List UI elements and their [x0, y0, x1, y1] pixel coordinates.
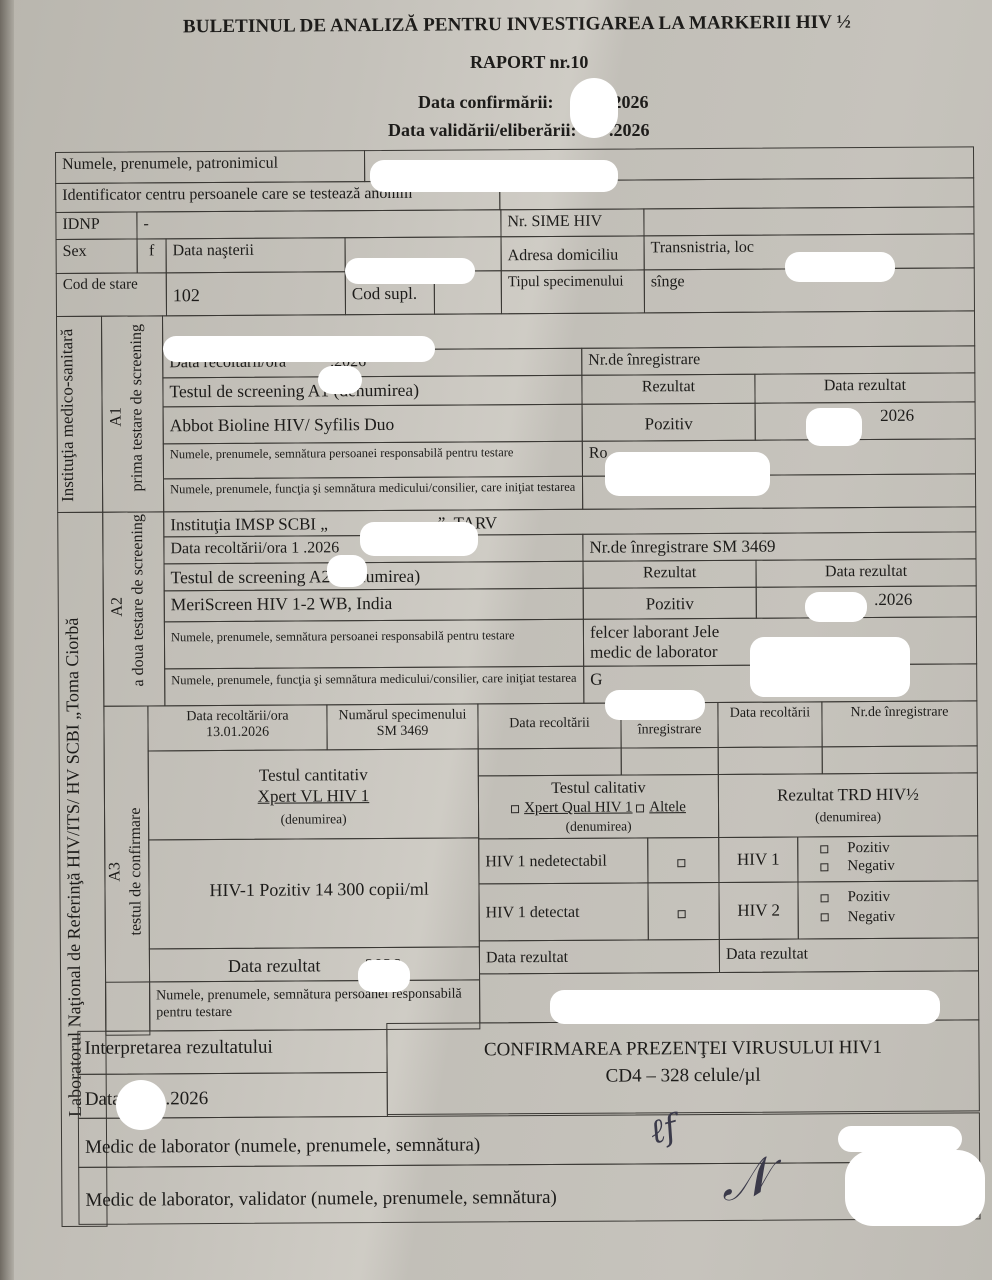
validator-signature: 𝒩	[715, 1146, 775, 1215]
hiv2-positive-checkbox[interactable]	[821, 894, 829, 902]
hiv1-positive-label: Pozitiv	[847, 840, 890, 856]
a2-collection-value: 1 .2026	[291, 539, 339, 556]
institution-side-label: Instituţia medico-sanitară	[58, 332, 101, 502]
a3-qual-collection-label: Data recoltării	[477, 703, 621, 750]
status-code-label: Cod de stare	[56, 272, 167, 317]
idnp-label: IDNP	[55, 211, 137, 240]
a3-qual-undetectable-cell	[647, 837, 719, 883]
status-code-value: 102	[166, 271, 346, 316]
a3-trd-hiv1-options: Pozitiv Negativ	[797, 835, 978, 882]
a3-trd-registration-label: Nr.de înregistrare	[821, 700, 977, 747]
a2-collection-label: Data recoltării/ora	[170, 540, 287, 558]
hiv2-positive-label: Pozitiv	[848, 889, 891, 905]
hiv1-negative-checkbox[interactable]	[820, 863, 828, 871]
redaction-mark	[750, 637, 910, 697]
name-label: Numele, prenumele, patronimicul	[55, 150, 365, 184]
confirmation-date-label: Data confirmării:	[418, 92, 553, 112]
a2-result-label: Rezultat	[583, 560, 757, 589]
a2-description: a doua testare de screening	[129, 514, 147, 686]
a3-qual-registration-value	[621, 747, 719, 776]
a1-description: prima testare de screening	[128, 324, 146, 492]
a2-test-label: Testul de screening A2 (denumirea)	[164, 561, 584, 592]
a3-trd-collection-label: Data recoltării	[717, 701, 822, 748]
a3-specimen-label: Numărul specimenului	[338, 707, 466, 723]
a1-responsible-label: Numele, prenumele, semnătura persoanei r…	[163, 441, 583, 480]
a2-code: A2	[109, 597, 126, 617]
hiv2-negative-label: Negativ	[848, 908, 896, 924]
interpretation-value: CONFIRMAREA PREZENŢEI VIRUSULUI HIV1 CD4…	[386, 1019, 980, 1115]
redaction-mark	[116, 1080, 166, 1130]
a1-test-label: Testul de screening A1 (denumirea)	[162, 375, 582, 408]
a2-responsible-line-1: felcer laborant Jele	[590, 622, 719, 642]
address-label: Adresa domiciliu	[501, 235, 645, 271]
a1-result-date-value: 2026	[755, 401, 976, 440]
a3-quant-name: Xpert VL HIV 1	[258, 786, 370, 806]
redaction-mark	[570, 78, 618, 138]
specimen-type-label: Tipul specimenului	[501, 269, 645, 314]
interpretation-label: Interpretarea rezultatului	[77, 1029, 387, 1075]
a1-result-label: Rezultat	[581, 374, 755, 405]
a3-code: A3	[106, 862, 123, 882]
a1-code: A1	[108, 407, 125, 427]
a3-trd-test: Rezultat TRD HIV½ (denumirea)	[718, 772, 978, 838]
sex-label: Sex	[56, 238, 138, 274]
a2-side-label: A2 a doua testare de screening	[107, 526, 160, 686]
birth-date-label: Data naşterii	[166, 237, 346, 273]
a3-side-label: A3 testul de confirmare	[105, 751, 150, 991]
a3-specimen: Numărul specimenului SM 3469	[326, 703, 478, 750]
redaction-mark	[838, 1126, 962, 1152]
a3-trd-result-date-label: Data rezultat	[719, 937, 979, 973]
redaction-mark	[163, 336, 435, 362]
sime-value	[643, 206, 974, 236]
a3-qual-collection-value	[478, 748, 622, 777]
a3-quant-result: HIV-1 Pozitiv 14 300 copii/ml	[148, 837, 480, 949]
cd4-value: CD4 – 328 celule/µl	[606, 1064, 761, 1086]
a3-specimen-value: SM 3469	[377, 724, 429, 739]
a3-quant-sub: (denumirea)	[281, 811, 347, 826]
report-number: RAPORT nr.10	[470, 52, 588, 73]
a3-qual-option-1: Xpert Qual HIV 1	[524, 800, 633, 817]
a3-qual-detected-cell	[647, 882, 719, 940]
a3-trd-sub: (denumirea)	[815, 809, 881, 824]
a3-collection: Data recoltării/ora 13.01.2026	[147, 704, 327, 751]
redaction-mark	[785, 252, 895, 282]
a3-trd-hiv1-label: HIV 1	[718, 836, 798, 882]
a3-qual-result-date-label: Data rezultat	[479, 939, 720, 974]
redaction-mark	[605, 452, 770, 496]
idnp-value: -	[136, 209, 501, 239]
a1-initiator-label: Numele, prenumele, funcţia şi semnătura …	[163, 476, 583, 513]
redaction-mark	[327, 555, 367, 587]
conclusion-date-value: .2026	[165, 1088, 208, 1109]
a2-result-value: Pozitiv	[583, 587, 757, 620]
redaction-mark	[370, 160, 618, 192]
a3-description: testul de confirmare	[127, 808, 145, 936]
a3-responsible-side	[105, 981, 150, 1031]
detected-checkbox[interactable]	[677, 910, 685, 918]
xpert-qual-checkbox[interactable]	[511, 805, 519, 813]
a3-trd-hiv2-options: Pozitiv Negativ	[797, 880, 978, 939]
a3-collection-label: Data recoltării/ora	[186, 709, 288, 725]
a3-quant-result-date: Data rezultat 2026	[149, 946, 480, 982]
interpretation-text: CONFIRMAREA PREZENŢEI VIRUSULUI HIV1	[484, 1037, 882, 1060]
hiv1-negative-label: Negativ	[847, 858, 895, 874]
redaction-mark	[806, 408, 862, 446]
page-edge-shadow	[0, 0, 14, 1280]
a3-qual-test: Testul calitativ Xpert Qual HIV 1 Altele…	[478, 774, 719, 839]
a3-trd-title: Rezultat TRD HIV½	[777, 785, 919, 805]
a3-collection-value: 13.01.2026	[206, 725, 269, 740]
a3-quant-result-date-label: Data rezultat	[228, 955, 321, 976]
redaction-mark	[805, 592, 867, 622]
sex-value: f	[137, 238, 167, 273]
redaction-mark	[358, 960, 410, 992]
a3-quant-title: Testul cantitativ	[259, 765, 368, 785]
a3-qual-title: Testul calitativ	[551, 779, 646, 797]
redaction-mark	[845, 1150, 985, 1226]
a1-side-label: A1 prima testare de screening	[106, 341, 159, 491]
a2-responsible-line-2: medic de laborator	[590, 642, 718, 662]
hiv2-negative-checkbox[interactable]	[821, 913, 829, 921]
a3-trd-hiv2-label: HIV 2	[718, 881, 798, 939]
document-title: BULETINUL DE ANALIZĂ PENTRU INVESTIGAREA…	[183, 12, 851, 39]
redaction-mark	[345, 258, 475, 284]
altele-checkbox[interactable]	[636, 804, 644, 812]
a2-responsible-label: Numele, prenumele, semnătura persoanei r…	[164, 619, 584, 670]
a2-result-date-label: Data rezultat	[756, 558, 977, 587]
a3-trd-collection-value	[718, 746, 823, 775]
a3-qual-sub: (denumirea)	[566, 819, 632, 834]
a2-test-name: MeriScreen HIV 1-2 WB, India	[164, 588, 584, 623]
a3-qual-detected-label: HIV 1 detectat	[478, 882, 648, 941]
a3-qual-undetectable-label: HIV 1 nedetectabil	[478, 837, 648, 884]
a1-result-date-label: Data rezultat	[754, 372, 975, 403]
a2-institution-label: Instituţia IMSP SCBI „	[170, 514, 328, 534]
a3-qual-option-2: Altele	[649, 799, 686, 815]
a2-initiator-label: Numele, prenumele, funcţia şi semnătura …	[164, 666, 584, 707]
a1-result-value: Pozitiv	[582, 403, 756, 442]
undetectable-checkbox[interactable]	[677, 859, 685, 867]
redaction-mark	[318, 366, 362, 394]
hiv1-positive-checkbox[interactable]	[820, 845, 828, 853]
a3-trd-registration-value	[822, 745, 978, 774]
redaction-mark	[605, 690, 705, 720]
redaction-mark	[550, 990, 940, 1024]
a1-registration-label: Nr.de înregistrare	[581, 345, 975, 375]
a3-quant-test: Testul cantitativ Xpert VL HIV 1 (denumi…	[148, 748, 480, 840]
sime-label: Nr. SIME HIV	[500, 208, 644, 237]
a1-test-name: Abbot Bioline HIV/ Syfilis Duo	[163, 404, 583, 445]
redaction-mark	[360, 522, 478, 556]
validation-date-label: Data validării/eliberării:	[388, 120, 576, 140]
a2-registration-label: Nr.de înregistrare SM 3469	[582, 531, 976, 561]
